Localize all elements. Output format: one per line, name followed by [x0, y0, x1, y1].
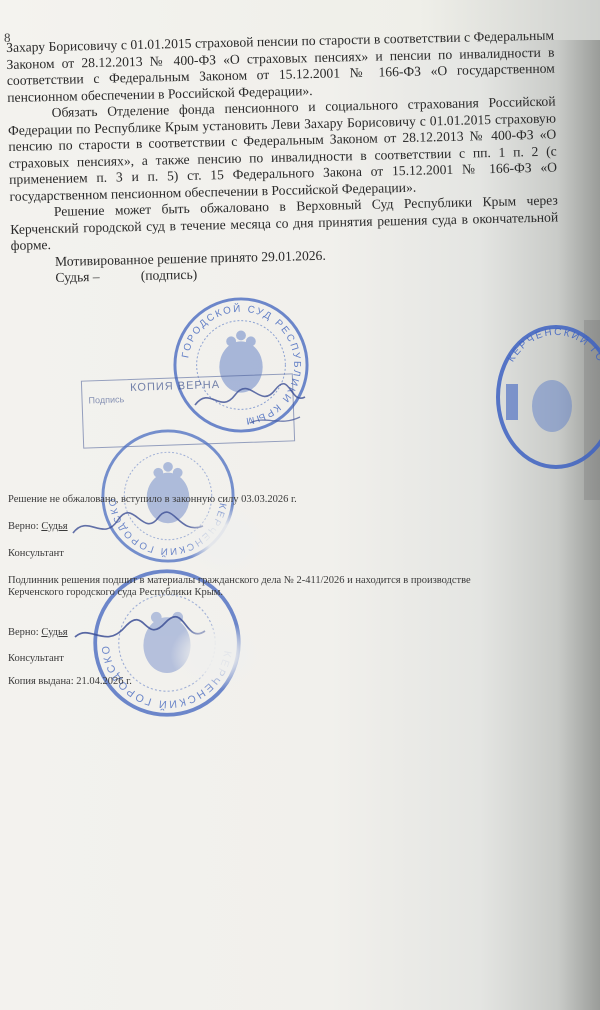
court-seal-stamp-right: КЕРЧЕНСКИЙ ГОРОДСКОЙ — [494, 322, 600, 472]
redacted-area-2 — [170, 620, 260, 690]
verified-role-2: Судья — [41, 627, 67, 638]
verified-prefix-1: Верно: — [8, 521, 41, 532]
signature-placeholder: (подпись) — [141, 267, 198, 285]
consultant-line-2: Консультант — [8, 653, 64, 664]
redacted-area-1 — [185, 505, 265, 575]
verified-role-1: Судья — [41, 521, 67, 532]
consultant-line-1: Консультант — [8, 548, 64, 559]
document-page: 8 Захару Борисовичу с 01.01.2015 страхов… — [0, 0, 600, 1010]
original-note-line-1: Подлинник решения подшит в материалы гра… — [8, 575, 471, 586]
copy-issued-line: Копия выдана: 21.04.2026 г. — [8, 676, 132, 687]
verified-line-1: Верно: Судья — [8, 521, 68, 532]
copy-stamp-title: КОПИЯ ВЕРНА — [130, 379, 220, 394]
status-line: Решение не обжаловано, вступило в законн… — [8, 494, 297, 505]
judge-label: Судья – — [55, 268, 137, 286]
paragraph-pension-grant: Захару Борисовичу с 01.01.2015 страховой… — [6, 28, 555, 106]
original-note-line-2: Керченского городского суда Республики К… — [8, 587, 223, 598]
verified-prefix-2: Верно: — [8, 627, 41, 638]
decision-text: Захару Борисовичу с 01.01.2015 страховой… — [6, 28, 559, 288]
copy-stamp-signature-label: Подпись — [88, 394, 124, 405]
paragraph-obligation: Обязать Отделение фонда пенсионного и со… — [7, 94, 557, 205]
verified-line-2: Верно: Судья — [8, 627, 68, 638]
